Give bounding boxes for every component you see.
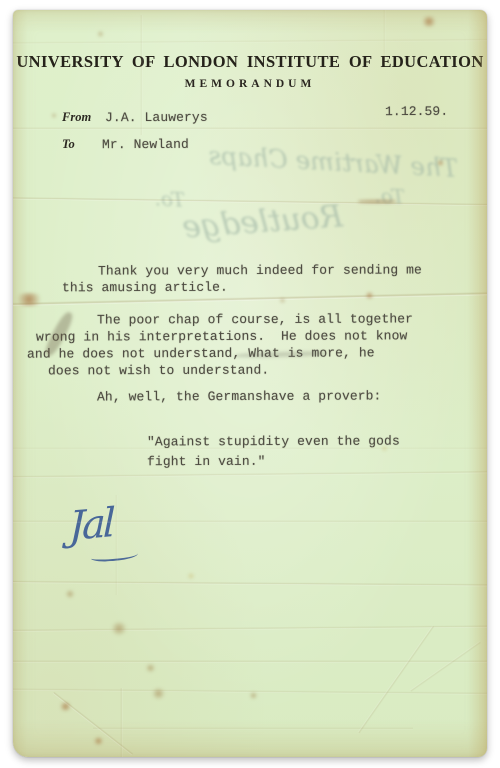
quote-line-1: "Against stupidity even the gods	[147, 433, 400, 451]
body-line-1: Thank you very much indeed for sending m…	[98, 261, 422, 279]
stain-spot	[51, 113, 57, 118]
stain-spot	[110, 622, 128, 635]
body-line-7: Ah, well, the Germanshave a proverb:	[97, 388, 382, 406]
body-line-4: wrong in his interpretations. He does no…	[36, 327, 407, 345]
stain-spot	[279, 298, 286, 303]
to-value: Mr. Newland	[102, 136, 189, 153]
crease-line-vertical	[120, 688, 123, 757]
crease-line	[93, 727, 413, 730]
stain-spot	[65, 590, 75, 598]
date-value: 1.12.59.	[385, 103, 448, 120]
stain-spot	[93, 737, 104, 745]
crease-line	[13, 625, 487, 632]
stain-spot	[59, 702, 72, 711]
body-line-3: The poor chap of course, is all together	[97, 310, 413, 328]
crease-stain-streak	[358, 200, 396, 203]
crease-line	[13, 688, 487, 695]
bleedthrough-handwriting-mark2: To.	[374, 183, 405, 209]
stain-spot	[97, 31, 104, 37]
from-value: J.A. Lauwerys	[105, 109, 208, 126]
stain-spot	[421, 16, 437, 27]
institution-title: UNIVERSITY OF LONDON INSTITUTE OF EDUCAT…	[13, 52, 487, 72]
crease-line-diagonal	[53, 692, 134, 756]
stain-spot	[249, 692, 258, 699]
body-line-6: does not wish to understand.	[48, 362, 269, 380]
quote-line-2: fight in vain."	[147, 453, 266, 470]
bleedthrough-handwriting-line2: Routledge	[92, 198, 344, 251]
stain-spot	[437, 160, 444, 166]
crease-line-diagonal	[357, 625, 434, 733]
stain-spot	[187, 573, 195, 579]
crease-line	[13, 660, 487, 663]
crease-line	[13, 580, 487, 586]
body-line-5: and he does not understand, What is more…	[27, 344, 375, 362]
stain-crease-left	[13, 293, 45, 306]
memo-sheet: UNIVERSITY OF LONDON INSTITUTE OF EDUCAT…	[13, 10, 487, 757]
document-type-heading: MEMORANDUM	[13, 78, 487, 90]
crease-line-vertical	[115, 495, 118, 595]
crease-line	[13, 127, 487, 130]
crease-line-diagonal	[410, 641, 481, 692]
crease-line	[13, 197, 487, 207]
signature-initials: Jal	[69, 500, 113, 550]
stain-spot	[365, 292, 374, 299]
stain-spot	[145, 664, 156, 672]
signature-underline-flourish	[91, 550, 138, 562]
stain-spot	[151, 688, 166, 699]
to-label: To	[62, 137, 75, 152]
from-label: From	[62, 110, 91, 125]
crease-line	[13, 38, 487, 44]
body-line-2: this amusing article.	[62, 279, 228, 297]
bleedthrough-handwriting-mark1: To.	[154, 186, 185, 212]
crease-line	[13, 471, 487, 479]
